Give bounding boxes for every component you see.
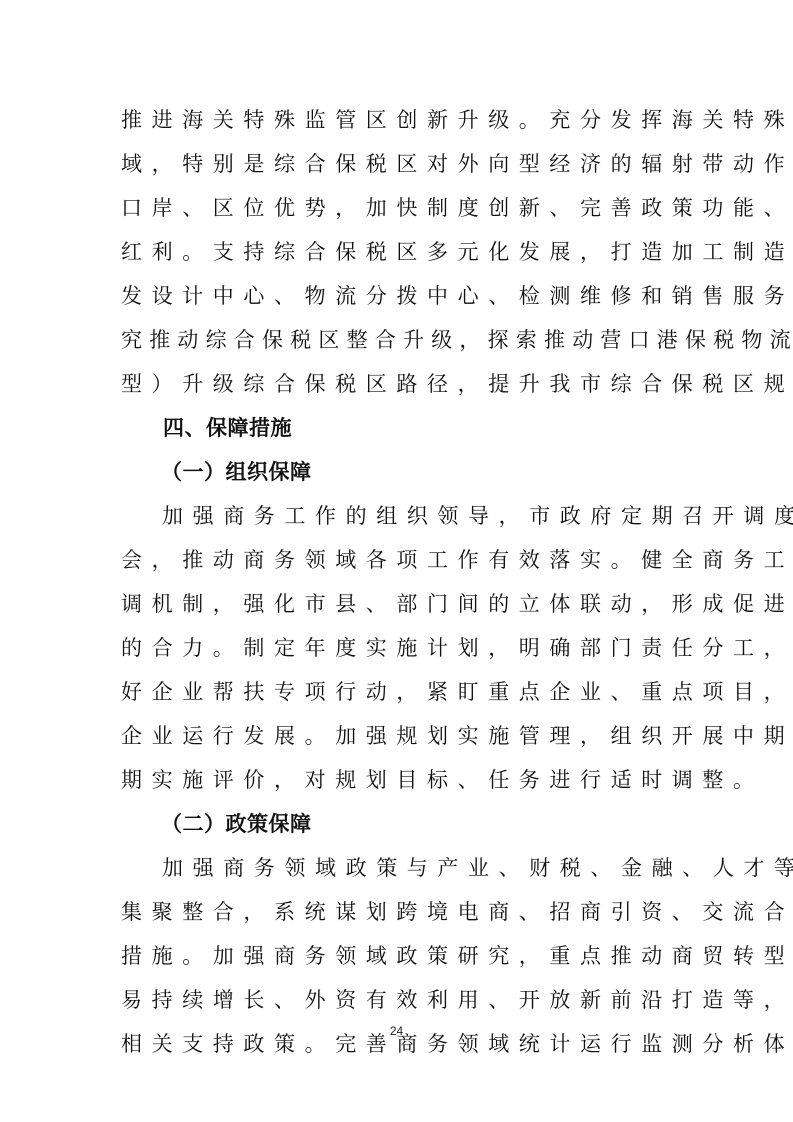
text-line: 型）升级综合保税区路径，提升我市综合保税区规模和实力。 bbox=[121, 362, 677, 406]
document-page: 推进海关特殊监管区创新升级。充分发挥海关特殊监管区 域，特别是综合保税区对外向型… bbox=[0, 0, 793, 1122]
text-line: 会，推动商务领域各项工作有效落实。健全商务工作统筹协 bbox=[121, 538, 677, 582]
text-line: 企业运行发展。加强规划实施管理，组织开展中期评估和终 bbox=[121, 714, 677, 758]
page-number: 24 bbox=[0, 1024, 793, 1038]
text-line: 发设计中心、物流分拨中心、检测维修和销售服务中心；研 bbox=[121, 274, 677, 318]
text-line: 措施。加强商务领域政策研究，重点推动商贸转型升级、贸 bbox=[121, 934, 677, 978]
text-line: 集聚整合，系统谋划跨境电商、招商引资、交流合作等政策 bbox=[121, 890, 677, 934]
text-line: 期实施评价，对规划目标、任务进行适时调整。 bbox=[121, 758, 677, 802]
text-line: 域，特别是综合保税区对外向型经济的辐射带动作用，利用 bbox=[121, 142, 677, 186]
text-line: 易持续增长、外资有效利用、开放新前沿打造等，加快制定 bbox=[121, 978, 677, 1022]
text-line: 的合力。制定年度实施计划，明确部门责任分工，继续开展 bbox=[121, 626, 677, 670]
section-heading: 四、保障措施 bbox=[121, 406, 677, 450]
text-line: 好企业帮扶专项行动，紧盯重点企业、重点项目，助力商务 bbox=[121, 670, 677, 714]
text-line: 口岸、区位优势，加快制度创新、完善政策功能、释放政策 bbox=[121, 186, 677, 230]
text-line: 调机制，强化市县、部门间的立体联动，形成促进商务发展 bbox=[121, 582, 677, 626]
text-line: 究推动综合保税区整合升级，探索推动营口港保税物流中心（B bbox=[121, 318, 677, 362]
subsection-heading-policy: （二）政策保障 bbox=[121, 802, 677, 846]
paragraph-organization: 加强商务工作的组织领导，市政府定期召开调度推进 会，推动商务领域各项工作有效落实… bbox=[121, 494, 677, 802]
text-line: 红利。支持综合保税区多元化发展，打造加工制造中心、研 bbox=[121, 230, 677, 274]
paragraph-special-supervision-zones: 推进海关特殊监管区创新升级。充分发挥海关特殊监管区 域，特别是综合保税区对外向型… bbox=[121, 98, 677, 406]
text-line: 加强商务领域政策与产业、财税、金融、人才等政策的 bbox=[121, 846, 677, 890]
text-line: 加强商务工作的组织领导，市政府定期召开调度推进 bbox=[121, 494, 677, 538]
subsection-heading-organization: （一）组织保障 bbox=[121, 450, 677, 494]
text-line: 推进海关特殊监管区创新升级。充分发挥海关特殊监管区 bbox=[121, 98, 677, 142]
page-content: 推进海关特殊监管区创新升级。充分发挥海关特殊监管区 域，特别是综合保税区对外向型… bbox=[121, 98, 677, 1066]
